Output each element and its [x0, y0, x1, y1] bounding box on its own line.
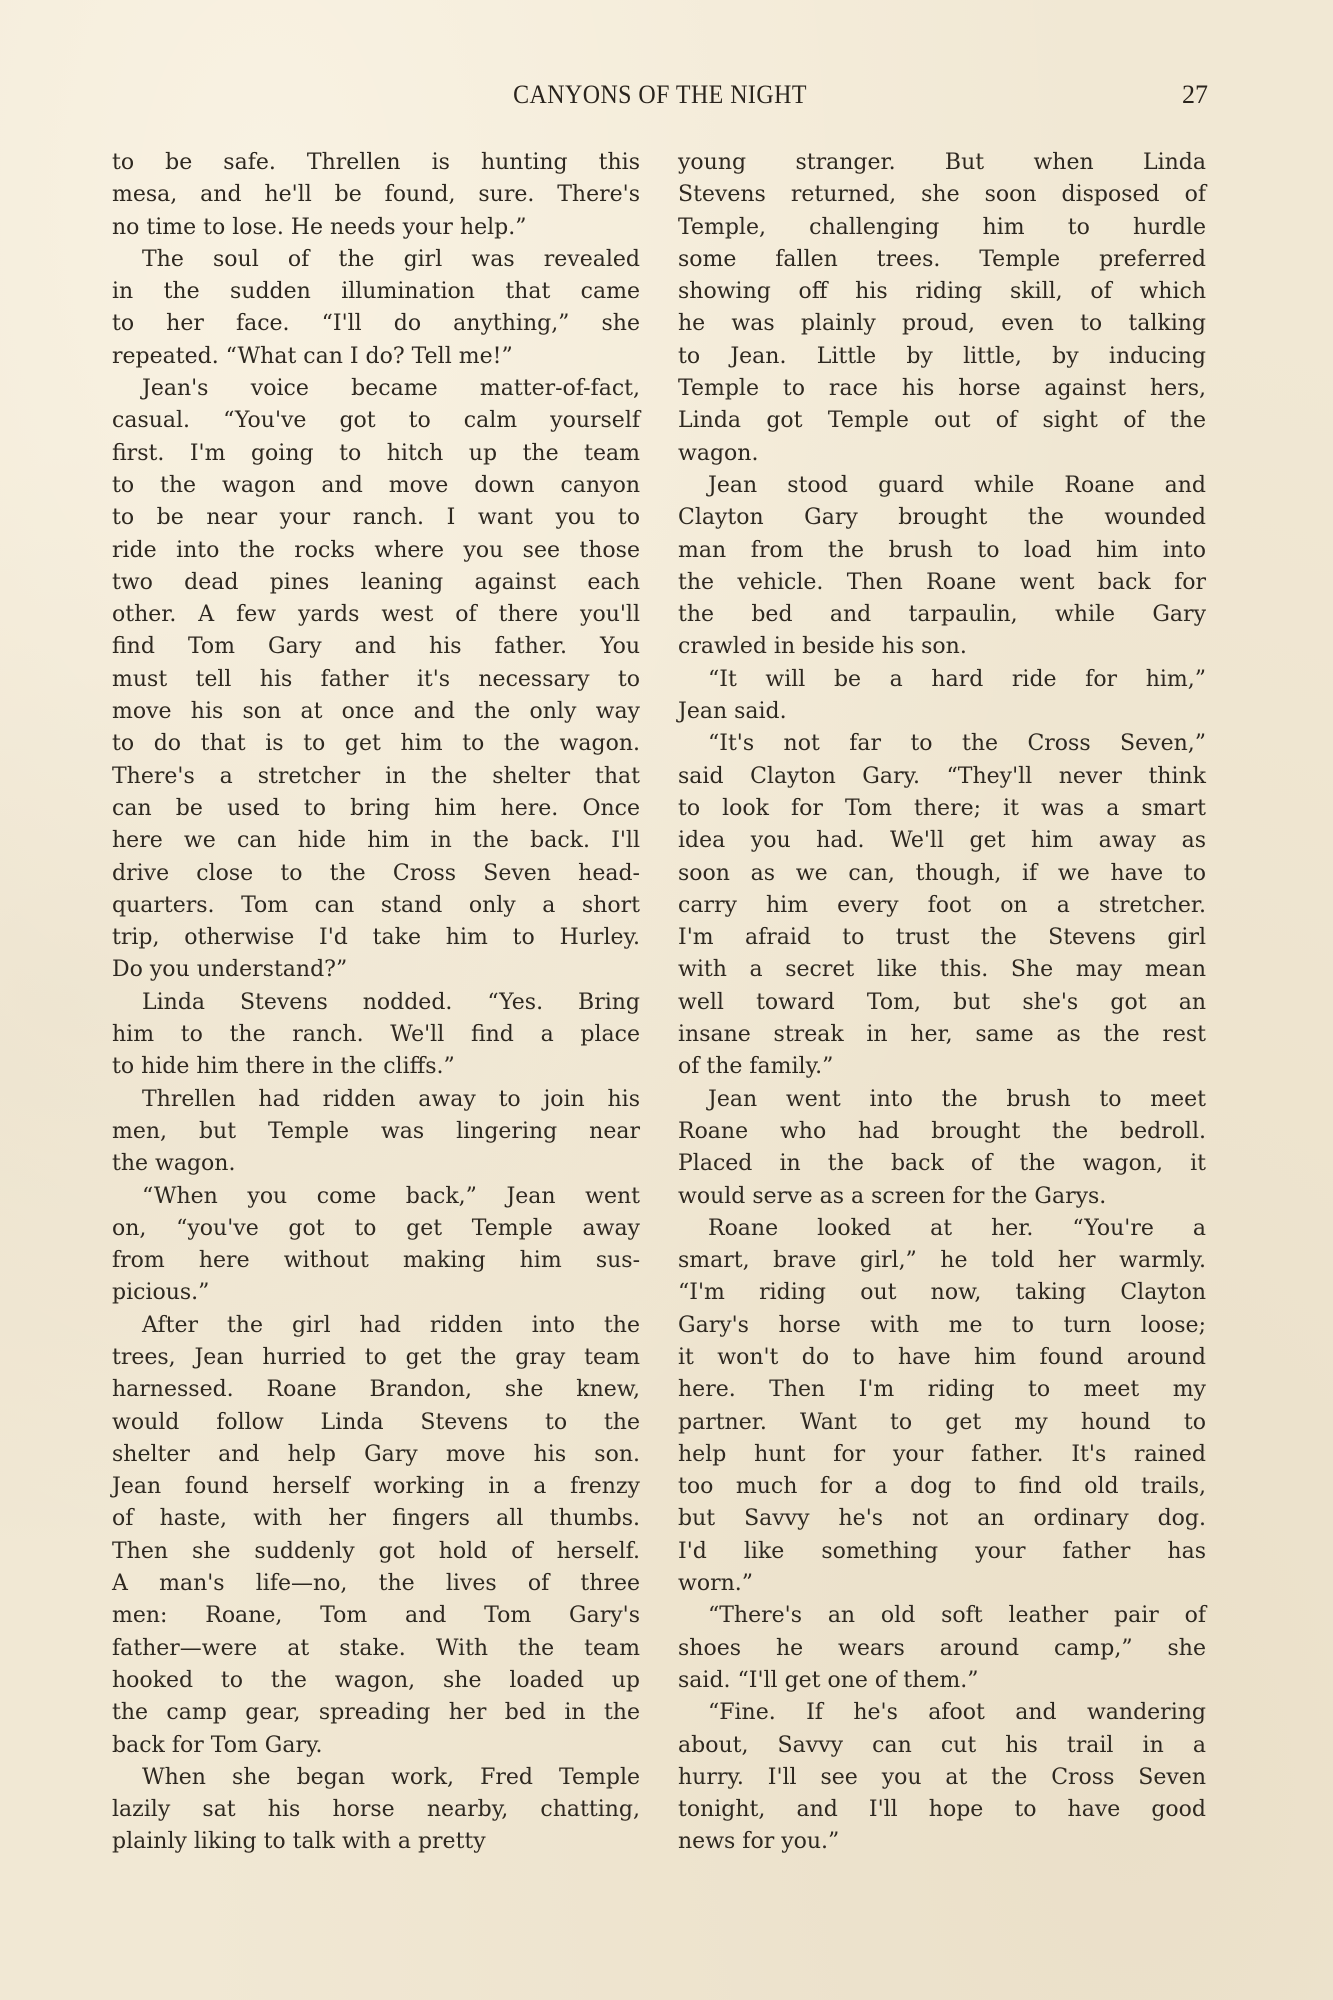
text-line: to look for Tom there; it was a smart [678, 793, 1206, 825]
text-line: Roane looked at her. “You're a [678, 1213, 1206, 1245]
text-line: Jean found herself working in a frenzy [112, 1471, 640, 1503]
text-line: some fallen trees. Temple preferred [678, 244, 1206, 276]
text-line: would follow Linda Stevens to the [112, 1407, 640, 1439]
text-line: Placed in the back of the wagon, it [678, 1148, 1206, 1180]
text-line: drive close to the Cross Seven head- [112, 858, 640, 890]
text-line: carry him every foot on a stretcher. [678, 890, 1206, 922]
page-number: 27 [1182, 80, 1208, 110]
text-line: “It's not far to the Cross Seven,” [678, 728, 1206, 760]
text-line: to the wagon and move down canyon [112, 470, 640, 502]
text-line: Threllen had ridden away to join his [112, 1084, 640, 1116]
text-line: must tell his father it's necessary to [112, 664, 640, 696]
text-line: crawled in beside his son. [678, 631, 1206, 663]
text-line: Jean's voice became matter-of-fact, [112, 373, 640, 405]
text-line: here we can hide him in the back. I'll [112, 825, 640, 857]
right-column: young stranger. But when LindaStevens re… [678, 147, 1206, 1859]
paragraph: Roane looked at her. “You're asmart, bra… [678, 1213, 1206, 1601]
text-line: Do you understand?” [112, 954, 640, 986]
text-line: trees, Jean hurried to get the gray team [112, 1342, 640, 1374]
paragraph: to be safe. Threllen is hunting thismesa… [112, 147, 640, 244]
text-line: I'd like something your father has [678, 1536, 1206, 1568]
paragraph: When she began work, Fred Templelazily s… [112, 1762, 640, 1859]
text-line: news for you.” [678, 1826, 1206, 1858]
text-line: with a secret like this. She may mean [678, 954, 1206, 986]
text-line: father—were at stake. With the team [112, 1633, 640, 1665]
paragraph: “Fine. If he's afoot and wanderingabout,… [678, 1697, 1206, 1858]
text-line: trip, otherwise I'd take him to Hurley. [112, 922, 640, 954]
text-line: men, but Temple was lingering near [112, 1116, 640, 1148]
text-line: I'm afraid to trust the Stevens girl [678, 922, 1206, 954]
text-line: “There's an old soft leather pair of [678, 1600, 1206, 1632]
text-line: tonight, and I'll hope to have good [678, 1794, 1206, 1826]
text-line: to hide him there in the cliffs.” [112, 1051, 640, 1083]
text-line: young stranger. But when Linda [678, 147, 1206, 179]
text-line: him to the ranch. We'll find a place [112, 1019, 640, 1051]
text-line: the wagon. [112, 1148, 640, 1180]
text-line: said. “I'll get one of them.” [678, 1665, 1206, 1697]
paragraph: Threllen had ridden away to join hismen,… [112, 1084, 640, 1181]
text-line: mesa, and he'll be found, sure. There's [112, 179, 640, 211]
text-line: to Jean. Little by little, by inducing [678, 341, 1206, 373]
running-head: CANYONS OF THE NIGHT 27 [112, 80, 1208, 116]
text-line: first. I'm going to hitch up the team [112, 438, 640, 470]
text-line: hurry. I'll see you at the Cross Seven [678, 1762, 1206, 1794]
text-line: “It will be a hard ride for him,” [678, 664, 1206, 696]
text-line: A man's life—no, the lives of three [112, 1568, 640, 1600]
text-line: After the girl had ridden into the [112, 1310, 640, 1342]
text-line: move his son at once and the only way [112, 696, 640, 728]
text-line: The soul of the girl was revealed [112, 244, 640, 276]
text-line: to her face. “I'll do anything,” she [112, 308, 640, 340]
text-line: to be safe. Threllen is hunting this [112, 147, 640, 179]
text-line: hooked to the wagon, she loaded up [112, 1665, 640, 1697]
text-line: repeated. “What can I do? Tell me!” [112, 341, 640, 373]
text-line: lazily sat his horse nearby, chatting, [112, 1794, 640, 1826]
text-line: back for Tom Gary. [112, 1730, 640, 1762]
text-line: quarters. Tom can stand only a short [112, 890, 640, 922]
text-line: to do that is to get him to the wagon. [112, 728, 640, 760]
paragraph: “It's not far to the Cross Seven,”said C… [678, 728, 1206, 1083]
text-line: to be near your ranch. I want you to [112, 502, 640, 534]
text-line: Clayton Gary brought the wounded [678, 502, 1206, 534]
text-line: on, “you've got to get Temple away [112, 1213, 640, 1245]
paragraph: Jean stood guard while Roane andClayton … [678, 470, 1206, 664]
text-line: “I'm riding out now, taking Clayton [678, 1277, 1206, 1309]
text-line: in the sudden illumination that came [112, 276, 640, 308]
text-line: the vehicle. Then Roane went back for [678, 567, 1206, 599]
text-line: it won't do to have him found around [678, 1342, 1206, 1374]
text-line: Linda Stevens nodded. “Yes. Bring [112, 987, 640, 1019]
text-line: shoes he wears around camp,” she [678, 1633, 1206, 1665]
text-line: There's a stretcher in the shelter that [112, 761, 640, 793]
text-line: said Clayton Gary. “They'll never think [678, 761, 1206, 793]
paragraph: young stranger. But when LindaStevens re… [678, 147, 1206, 470]
text-line: would serve as a screen for the Garys. [678, 1181, 1206, 1213]
text-line: smart, brave girl,” he told her warmly. [678, 1245, 1206, 1277]
text-line: wagon. [678, 438, 1206, 470]
text-line: showing off his riding skill, of which [678, 276, 1206, 308]
book-page: CANYONS OF THE NIGHT 27 to be safe. Thre… [0, 0, 1333, 2000]
text-line: Temple, challenging him to hurdle [678, 212, 1206, 244]
text-line: here. Then I'm riding to meet my [678, 1374, 1206, 1406]
text-line: Jean said. [678, 696, 1206, 728]
text-line: Linda got Temple out of sight of the [678, 405, 1206, 437]
running-title: CANYONS OF THE NIGHT [156, 80, 1164, 110]
text-line: ride into the rocks where you see those [112, 535, 640, 567]
left-column: to be safe. Threllen is hunting thismesa… [112, 147, 640, 1859]
text-line: the bed and tarpaulin, while Gary [678, 599, 1206, 631]
text-line: soon as we can, though, if we have to [678, 858, 1206, 890]
paragraph: Linda Stevens nodded. “Yes. Bringhim to … [112, 987, 640, 1084]
text-line: Stevens returned, she soon disposed of [678, 179, 1206, 211]
paragraph: Jean went into the brush to meetRoane wh… [678, 1084, 1206, 1213]
text-line: Jean went into the brush to meet [678, 1084, 1206, 1116]
text-line: picious.” [112, 1277, 640, 1309]
text-line: of the family.” [678, 1051, 1206, 1083]
text-line: can be used to bring him here. Once [112, 793, 640, 825]
text-line: the camp gear, spreading her bed in the [112, 1697, 640, 1729]
paragraph: “When you come back,” Jean wenton, “you'… [112, 1181, 640, 1310]
text-line: Temple to race his horse against hers, [678, 373, 1206, 405]
text-line: Roane who had brought the bedroll. [678, 1116, 1206, 1148]
text-line: too much for a dog to find old trails, [678, 1471, 1206, 1503]
paragraph: After the girl had ridden into thetrees,… [112, 1310, 640, 1762]
text-line: idea you had. We'll get him away as [678, 825, 1206, 857]
paragraph: “It will be a hard ride for him,”Jean sa… [678, 664, 1206, 729]
text-line: plainly liking to talk with a pretty [112, 1826, 640, 1858]
text-line: “Fine. If he's afoot and wandering [678, 1697, 1206, 1729]
text-line: shelter and help Gary move his son. [112, 1439, 640, 1471]
text-line: from here without making him sus- [112, 1245, 640, 1277]
paragraph: The soul of the girl was revealedin the … [112, 244, 640, 373]
text-line: help hunt for your father. It's rained [678, 1439, 1206, 1471]
text-line: other. A few yards west of there you'll [112, 599, 640, 631]
text-line: find Tom Gary and his father. You [112, 631, 640, 663]
text-line: insane streak in her, same as the rest [678, 1019, 1206, 1051]
text-line: men: Roane, Tom and Tom Gary's [112, 1600, 640, 1632]
text-line: Then she suddenly got hold of herself. [112, 1536, 640, 1568]
text-line: “When you come back,” Jean went [112, 1181, 640, 1213]
paragraph: “There's an old soft leather pair ofshoe… [678, 1600, 1206, 1697]
text-line: man from the brush to load him into [678, 535, 1206, 567]
text-line: two dead pines leaning against each [112, 567, 640, 599]
text-line: no time to lose. He needs your help.” [112, 212, 640, 244]
text-line: about, Savvy can cut his trail in a [678, 1730, 1206, 1762]
text-line: but Savvy he's not an ordinary dog. [678, 1503, 1206, 1535]
text-line: When she began work, Fred Temple [112, 1762, 640, 1794]
text-line: partner. Want to get my hound to [678, 1407, 1206, 1439]
text-line: Jean stood guard while Roane and [678, 470, 1206, 502]
text-line: of haste, with her fingers all thumbs. [112, 1503, 640, 1535]
text-line: harnessed. Roane Brandon, she knew, [112, 1374, 640, 1406]
text-line: he was plainly proud, even to talking [678, 308, 1206, 340]
paragraph: Jean's voice became matter-of-fact,casua… [112, 373, 640, 987]
text-line: worn.” [678, 1568, 1206, 1600]
text-line: well toward Tom, but she's got an [678, 987, 1206, 1019]
text-line: Gary's horse with me to turn loose; [678, 1310, 1206, 1342]
text-line: casual. “You've got to calm yourself [112, 405, 640, 437]
